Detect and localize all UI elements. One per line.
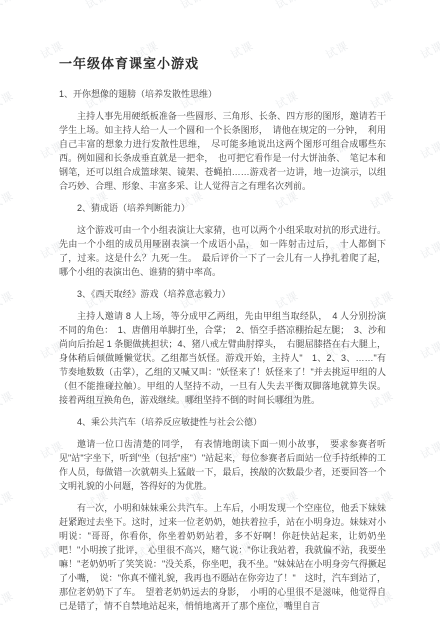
- section-4-heading: 4、乘公共汽车（培养反应敏捷性与社会公德）: [59, 415, 386, 429]
- document-content: 一年级体育课室小游戏 1、开你想像的翅膀（培养发散性思维） 主持人事先用硬纸板准…: [59, 55, 386, 620]
- watermark-text: 试课: [178, 0, 207, 13]
- page-title: 一年级体育课室小游戏: [59, 55, 386, 72]
- watermark-text: 试课: [0, 587, 16, 612]
- watermark-text: 试课: [418, 437, 440, 462]
- watermark-text: 试课: [0, 487, 16, 512]
- watermark-text: 试课: [0, 187, 16, 212]
- page-number: 1 / 5: [0, 574, 440, 583]
- watermark-text: 试课: [0, 387, 16, 412]
- watermark-text: 试课: [83, 0, 112, 13]
- watermark-text: 试课: [418, 37, 440, 62]
- section-3-paragraph: 主持人邀请 8 人上场，等分成甲乙两组，先由甲组当取经队， 4 人分别扮演不同的…: [59, 309, 386, 407]
- watermark-text: 试课: [0, 287, 16, 312]
- document-page: 试课试课试课试课试课试课试课试课试课试课试课试课试课试课试课试课试课试课试课试课…: [0, 0, 440, 620]
- watermark-text: 试课: [418, 137, 440, 162]
- section-2-heading: 2、猜成语（培养判断能力）: [59, 201, 386, 215]
- section-2-paragraph: 这个游戏可由一个小组表演让大家猜，也可以两个小组采取对抗的形式进行。先由一个小组…: [59, 223, 386, 279]
- watermark-text: 试课: [418, 237, 440, 262]
- section-4-paragraph-story: 有一次，小明和妹妹乘公共汽车。上车后，小明发现一个空座位，他丢下妹妹赶紧跑过去坐…: [59, 501, 386, 613]
- watermark-text: 试课: [0, 0, 16, 13]
- watermark-text: 试课: [418, 537, 440, 562]
- section-3-heading: 3、《西天取经》游戏（培养意志毅力）: [59, 287, 386, 301]
- section-1-heading: 1、开你想像的翅膀（培养发散性思维）: [59, 87, 386, 101]
- watermark-text: 试课: [368, 0, 397, 13]
- watermark-text: 试课: [273, 0, 302, 13]
- watermark-text: 试课: [0, 87, 16, 112]
- section-1-paragraph: 主持人事先用硬纸板准备一些圆形、三角形、长条、四方形的图形，邀请若干学生上场。如…: [59, 109, 386, 193]
- section-4-paragraph-rules: 邀请一位口齿清楚的同学， 有表情地朗读下面一则小故事， 要求参赛者听见"站"字坐…: [59, 437, 386, 493]
- watermark-text: 试课: [418, 337, 440, 362]
